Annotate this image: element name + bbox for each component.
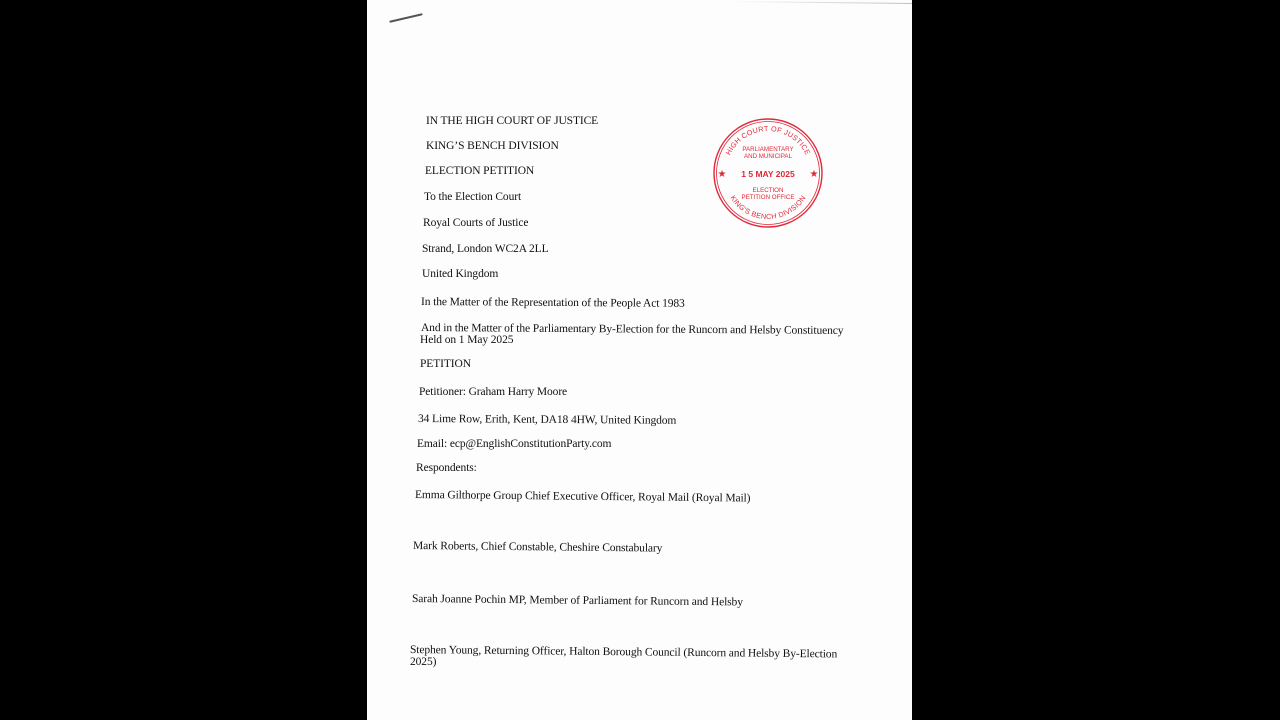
- petitioner-email: Email: ecp@EnglishConstitutionParty.com: [417, 438, 611, 450]
- court-received-stamp: HIGH COURT OF JUSTICE KING'S BENCH DIVIS…: [712, 117, 824, 229]
- star-icon: ★: [718, 169, 727, 180]
- matter-act: In the Matter of the Representation of t…: [421, 296, 685, 310]
- pen-mark: [389, 13, 423, 23]
- respondent-4-cont: 2025): [410, 656, 436, 668]
- stamp-line2: AND MUNICIPAL: [744, 153, 793, 160]
- court-address: Strand, London WC2A 2LL: [422, 243, 549, 255]
- page-edge: [727, 1, 912, 4]
- court-country: United Kingdom: [422, 268, 498, 280]
- respondent-4: Stephen Young, Returning Officer, Halton…: [410, 644, 837, 660]
- court-name: IN THE HIGH COURT OF JUSTICE: [426, 115, 598, 127]
- court-location: Royal Courts of Justice: [423, 217, 528, 229]
- document-type: ELECTION PETITION: [425, 165, 534, 177]
- stamp-line4: PETITION OFFICE: [742, 194, 795, 201]
- respondents-heading: Respondents:: [416, 462, 477, 474]
- stamp-line3: ELECTION: [753, 187, 784, 194]
- respondent-2: Mark Roberts, Chief Constable, Cheshire …: [413, 540, 662, 555]
- petition-heading: PETITION: [420, 358, 471, 370]
- stamp-line1: PARLIAMENTARY: [742, 146, 793, 153]
- matter-election-line2: Held on 1 May 2025: [420, 334, 513, 346]
- petitioner-name: Petitioner: Graham Harry Moore: [419, 386, 567, 398]
- petitioner-address: 34 Lime Row, Erith, Kent, DA18 4HW, Unit…: [418, 413, 676, 427]
- stamp-date: 1 5 MAY 2025: [741, 169, 795, 179]
- respondent-1: Emma Gilthorpe Group Chief Executive Off…: [415, 489, 751, 505]
- document-page: IN THE HIGH COURT OF JUSTICE KING’S BENC…: [367, 0, 912, 720]
- division-name: KING’S BENCH DIVISION: [426, 140, 559, 152]
- respondent-3: Sarah Joanne Pochin MP, Member of Parlia…: [412, 593, 743, 608]
- star-icon: ★: [810, 169, 819, 180]
- addressee: To the Election Court: [424, 191, 521, 203]
